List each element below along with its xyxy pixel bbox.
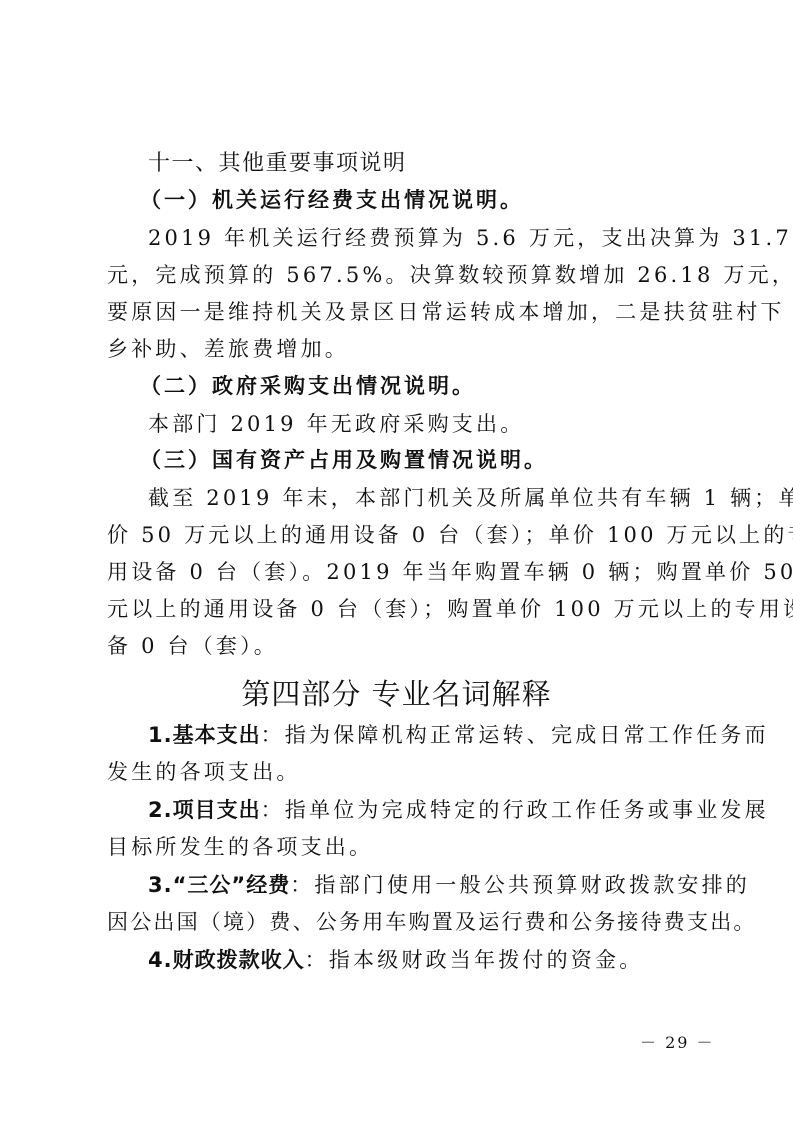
term-definition: ：指单位为完成特定的行政工作任务或事业发展 — [261, 798, 769, 822]
paragraph-line: 2019 年机关运行经费预算为 5.6 万元，支出决算为 31.78 万 — [148, 224, 693, 252]
paragraph-line: 截至 2019 年末，本部门机关及所属单位共有车辆 1 辆；单 — [148, 484, 693, 512]
term-label: 1.基本支出 — [148, 723, 261, 747]
section-heading: 十一、其他重要事项说明 — [148, 150, 693, 178]
term-label: 2.项目支出 — [148, 798, 261, 822]
term-definition: ：指为保障机构正常运转、完成日常工作任务而 — [261, 723, 769, 747]
paragraph-line: 乡补助、差旅费增加。 — [107, 335, 693, 363]
term-definition-4: 4.财政拨款收入：指本级财政当年拨付的资金。 — [148, 946, 693, 974]
document-page: 十一、其他重要事项说明 （一）机关运行经费支出情况说明。 2019 年机关运行经… — [0, 0, 793, 1122]
term-definition-2: 2.项目支出：指单位为完成特定的行政工作任务或事业发展 — [148, 796, 693, 824]
subsection-heading-1: （一）机关运行经费支出情况说明。 — [140, 186, 726, 214]
subsection-heading-3: （三）国有资产占用及购置情况说明。 — [140, 446, 726, 474]
paragraph-line: 元，完成预算的 567.5%。决算数较预算数增加 26.18 万元，主 — [107, 261, 693, 289]
part-title: 第四部分 专业名词解释 — [0, 676, 793, 712]
paragraph-line: 备 0 台（套）。 — [107, 632, 693, 660]
term-definition-1: 1.基本支出：指为保障机构正常运转、完成日常工作任务而 — [148, 721, 693, 749]
page-number: － 29 － — [640, 1030, 715, 1053]
paragraph-line: 因公出国（境）费、公务用车购置及运行费和公务接待费支出。 — [107, 908, 693, 936]
paragraph-line: 要原因一是维持机关及景区日常运转成本增加，二是扶贫驻村下 — [107, 298, 693, 326]
paragraph-line: 目标所发生的各项支出。 — [107, 833, 693, 861]
term-definition: ：指部门使用一般公共预算财政拨款安排的 — [290, 873, 750, 897]
term-definition: ：指本级财政当年拨付的资金。 — [305, 948, 644, 972]
paragraph-line: 用设备 0 台（套）。2019 年当年购置车辆 0 辆；购置单价 50 万 — [107, 558, 693, 586]
term-label: 3.“三公”经费 — [148, 873, 290, 897]
paragraph-line: 本部门 2019 年无政府采购支出。 — [148, 410, 693, 438]
paragraph-line: 发生的各项支出。 — [107, 758, 693, 786]
paragraph-line: 价 50 万元以上的通用设备 0 台（套）；单价 100 万元以上的专 — [107, 521, 693, 549]
term-definition-3: 3.“三公”经费：指部门使用一般公共预算财政拨款安排的 — [148, 871, 693, 899]
paragraph-line: 元以上的通用设备 0 台（套）；购置单价 100 万元以上的专用设 — [107, 595, 693, 623]
term-label: 4.财政拨款收入 — [148, 948, 305, 972]
subsection-heading-2: （二）政府采购支出情况说明。 — [140, 372, 726, 400]
